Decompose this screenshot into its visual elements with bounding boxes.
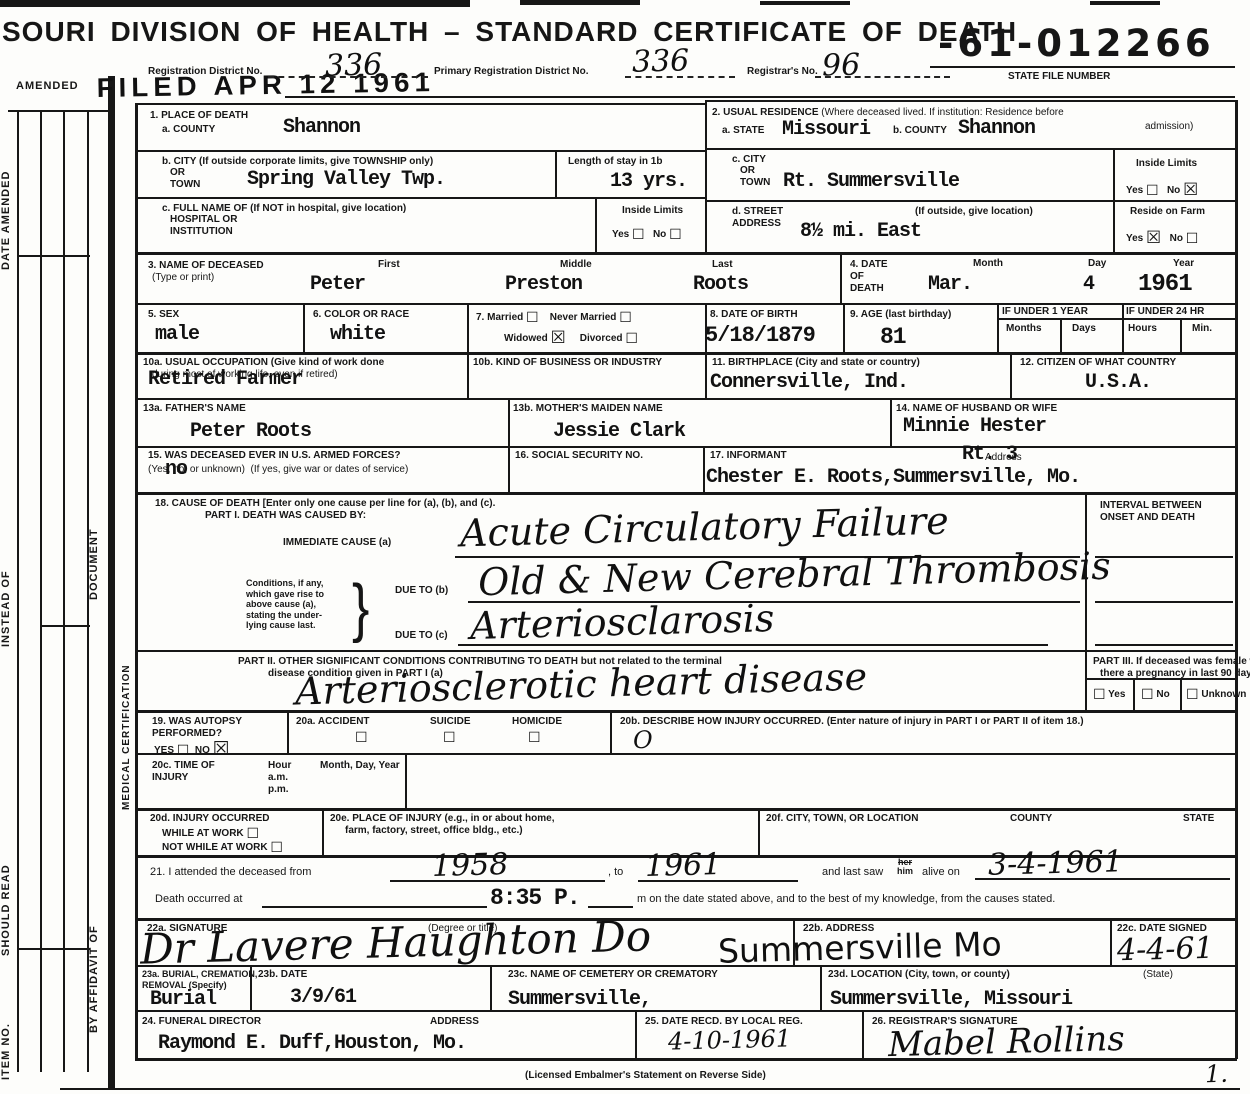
date-signed-value: 4-4-61 — [1117, 931, 1215, 969]
usual-residence-title: 2. USUAL RESIDENCE — [712, 107, 819, 118]
color-race-label: 6. COLOR OR RACE — [313, 309, 409, 321]
not-while-at-work: NOT WHILE AT WORK ☐ — [162, 840, 283, 857]
attended-label: 21. I attended the deceased from — [150, 866, 311, 879]
death-day-value: 4 — [1083, 273, 1094, 296]
checkbox-not-while-at-work: ☐ — [270, 840, 283, 856]
checkbox-farm-yes-box: ☒ — [1146, 228, 1161, 248]
interval-rule — [1095, 556, 1233, 558]
never-married-label: Never Married — [550, 312, 617, 323]
cause-of-death-label: 18. CAUSE OF DEATH [Enter only one cause… — [155, 498, 495, 510]
grid — [840, 252, 842, 304]
place-county-value: Shannon — [283, 116, 360, 139]
last-saw-label: and last saw — [822, 866, 883, 879]
grid — [705, 200, 1237, 202]
cause-b-value: Old & New Cerebral Thrombosis — [478, 544, 1112, 605]
day-label: Day — [1088, 258, 1106, 270]
page-mark: 1. — [1205, 1060, 1229, 1089]
margin-should-read: SHOULD READ — [0, 838, 12, 956]
grid — [467, 303, 469, 353]
state-file-number: -61-012266 — [938, 22, 1215, 65]
grid — [135, 753, 1237, 755]
spouse-value: Minnie Hester — [903, 415, 1046, 438]
date-received-value: 4-10-1961 — [668, 1024, 792, 1055]
usual-residence-note2: admission) — [1145, 121, 1193, 133]
fill-rule — [262, 906, 487, 908]
grid — [135, 398, 1237, 400]
grid — [508, 446, 510, 493]
first-name-value: Peter — [310, 273, 365, 296]
residence-county-label: b. COUNTY — [893, 125, 947, 137]
grid — [135, 150, 705, 152]
if-under-1-year-label: IF UNDER 1 YEAR — [1002, 306, 1088, 318]
month-label: Month — [973, 258, 1003, 270]
checkbox-p3-no-box: ☐ — [1141, 687, 1154, 703]
middle-name-value: Preston — [505, 273, 582, 296]
registration-rule — [285, 96, 1235, 98]
death-month-value: Mar. — [928, 273, 972, 296]
sex-label: 5. SEX — [148, 309, 179, 321]
grid — [135, 446, 1237, 448]
grid — [610, 710, 612, 754]
funeral-director-address-label: ADDRESS — [430, 1016, 479, 1028]
registrar-no-value: 96 — [822, 48, 861, 84]
her-him: her him — [897, 858, 913, 876]
grid — [1113, 148, 1115, 253]
attended-to-label: , to — [608, 866, 623, 879]
grid — [322, 808, 324, 856]
armed-forces-label2: (Yes, no, or unknown) (If yes, give war … — [148, 464, 408, 476]
hour-ampm-label: Hour a.m. p.m. — [268, 760, 291, 795]
grid — [1110, 918, 1112, 966]
death-certificate-scan: SOURI DIVISION OF HEALTH – STANDARD CERT… — [0, 0, 1250, 1094]
grid — [303, 303, 305, 353]
county-label: a. COUNTY — [162, 124, 215, 136]
or-town-label: OR TOWN — [170, 167, 200, 191]
informant-value: Chester E. Roots,Summersville, Mo. — [706, 466, 1080, 489]
fill-line — [625, 76, 735, 78]
checkbox-pregnancy-unknown: ☐ Unknown — [1186, 687, 1246, 704]
attended-from-value: 1958 — [432, 847, 509, 884]
fill-rule — [975, 878, 1230, 880]
length-of-stay-value: 13 yrs. — [610, 170, 687, 193]
checkbox-suicide: ☐ — [443, 730, 456, 747]
death-occurred-label2: m on the date stated above, and to the b… — [637, 893, 1055, 906]
registrar-no-label: Registrar's No. — [747, 66, 818, 78]
document-title: SOURI DIVISION OF HEALTH – STANDARD CERT… — [2, 16, 1017, 48]
grid — [135, 808, 1237, 811]
ssn-label: 16. SOCIAL SECURITY NO. — [515, 450, 643, 462]
grid — [555, 150, 557, 198]
business-industry-label: 10b. KIND OF BUSINESS OR INDUSTRY — [473, 357, 662, 369]
grid — [135, 650, 1237, 652]
conditions-note: Conditions, if any, which gave rise to a… — [246, 578, 324, 631]
immediate-cause-label: IMMEDIATE CAUSE (a) — [283, 537, 391, 549]
p3-no-label: No — [1156, 689, 1169, 700]
autopsy-yes-label: YES — [154, 745, 174, 756]
date-of-death-heading: 4. DATE OF DEATH — [850, 259, 888, 294]
state-file-number-label: STATE FILE NUMBER — [1008, 71, 1110, 83]
checkbox-1c-no-box: ☐ — [669, 227, 682, 243]
grid — [862, 1010, 864, 1059]
checkbox-suicide-box: ☐ — [443, 730, 456, 746]
checkbox-pregnancy-yes: ☐ Yes — [1093, 687, 1125, 704]
color-race-value: white — [330, 323, 385, 346]
sex-value: male — [155, 323, 199, 346]
margin-line — [17, 948, 90, 950]
alive-on-label: alive on — [922, 866, 960, 879]
informant-route-value: Rt. 3 — [962, 443, 1017, 466]
last-name-value: Roots — [693, 273, 748, 296]
yes-label: Yes — [1126, 185, 1143, 196]
grid — [705, 352, 707, 399]
grid — [1010, 352, 1012, 399]
grid — [135, 103, 138, 1059]
margin-date-amended: DATE AMENDED — [0, 140, 12, 270]
grid — [703, 446, 705, 493]
yes-label: Yes — [612, 229, 629, 240]
street-address-value: 8½ mi. East — [800, 220, 921, 243]
interval-rule — [1095, 644, 1233, 646]
scan-artifact — [520, 0, 640, 5]
age-value: 81 — [880, 324, 906, 350]
grid — [135, 252, 1237, 255]
grid — [820, 965, 822, 1011]
residence-or-town: OR TOWN — [740, 165, 770, 189]
conditions-brace: } — [352, 571, 369, 646]
type-or-print: (Type or print) — [152, 272, 214, 284]
registration-district-value: 336 — [325, 47, 383, 83]
checkbox-homicide: ☐ — [528, 730, 541, 747]
suicide-label: SUICIDE — [430, 716, 471, 728]
funeral-director-value: Raymond E. Duff,Houston, Mo. — [158, 1032, 466, 1055]
grid — [60, 1088, 1240, 1090]
divorced-label: Divorced — [580, 333, 623, 344]
checkbox-farm-no-box: ☐ — [1186, 231, 1199, 247]
checkbox-never-married: ☐ — [619, 310, 632, 326]
armed-forces-value: no — [165, 458, 187, 481]
place-of-injury-label2: farm, factory, street, office bldg., etc… — [345, 825, 523, 837]
middle-label: Middle — [560, 259, 592, 271]
injury-state-label: STATE — [1183, 813, 1214, 825]
birthplace-label: 11. BIRTHPLACE (City and state or countr… — [712, 357, 920, 369]
hours-label: Hours — [1128, 323, 1157, 335]
grid — [135, 197, 705, 199]
grid — [997, 318, 1237, 320]
part3-label2: there a pregnancy in last 90 days. — [1100, 668, 1250, 680]
checkbox-p3-yes-box: ☐ — [1093, 687, 1106, 703]
checkbox-homicide-box: ☐ — [528, 730, 541, 746]
cause-c-value: Arteriosclarosis — [469, 596, 774, 648]
burial-location-state-label: (State) — [1143, 969, 1173, 981]
interval-label: INTERVAL BETWEEN ONSET AND DEATH — [1100, 500, 1202, 524]
grid — [287, 710, 289, 754]
burial-date-label: 23b. DATE — [258, 969, 307, 981]
autopsy-answer: YES ☐ NO ☒ — [154, 738, 230, 760]
informant-label: 17. INFORMANT — [710, 450, 787, 462]
fathers-name-value: Peter Roots — [190, 420, 311, 443]
checkbox-2c: Yes ☐ No ☒ — [1126, 180, 1198, 200]
death-occurred-label: Death occurred at — [155, 893, 242, 906]
file-number-rule — [930, 66, 1235, 68]
burial-location-value: Summersville, Missouri — [830, 988, 1072, 1011]
grid — [1060, 318, 1062, 353]
grid — [758, 808, 760, 856]
place-city-value: Spring Valley Twp. — [247, 168, 445, 191]
inside-limits-label-2c: Inside Limits — [1136, 158, 1197, 170]
attended-to-value: 1961 — [645, 847, 722, 884]
inside-limits-label-1c: Inside Limits — [622, 205, 683, 217]
not-while-at-work-label: NOT WHILE AT WORK — [162, 842, 268, 853]
armed-forces-hint2: (If yes, give war or dates of service) — [250, 464, 408, 475]
funeral-director-label: 24. FUNERAL DIRECTOR — [142, 1016, 261, 1028]
widowed-label: Widowed — [504, 333, 548, 344]
reside-on-farm-label: Reside on Farm — [1130, 206, 1205, 218]
death-time-value: 8:35 P. — [490, 885, 580, 911]
mothers-maiden-value: Jessie Clark — [553, 420, 685, 443]
describe-injury-label: 20b. DESCRIBE HOW INJURY OCCURRED. (Ente… — [620, 716, 1084, 728]
scan-artifact — [1090, 1, 1160, 5]
street-address-hint: (If outside, give location) — [915, 206, 1033, 218]
grid — [135, 492, 1237, 495]
grid — [405, 753, 407, 809]
grid — [997, 303, 999, 353]
primary-district-value: 336 — [632, 43, 690, 79]
checkbox-2c-yes-box: ☐ — [1146, 183, 1159, 199]
grid — [843, 303, 845, 353]
physician-address: Summersville Mo — [718, 924, 1003, 970]
checkbox-accident-box: ☐ — [355, 730, 368, 746]
birthplace-value: Connersville, Ind. — [710, 371, 908, 394]
grid — [135, 103, 705, 105]
citizen-label: 12. CITIZEN OF WHAT COUNTRY — [1020, 357, 1176, 369]
p3-yes-label: Yes — [1108, 689, 1125, 700]
grid — [490, 965, 492, 1011]
last-label: Last — [712, 259, 733, 271]
checkbox-widowed: ☒ — [551, 328, 566, 348]
month-day-year-label: Month, Day, Year — [320, 760, 400, 772]
grid — [1133, 678, 1135, 711]
grid — [1085, 492, 1087, 711]
hospital-label2: HOSPITAL OR INSTITUTION — [170, 214, 237, 238]
margin-line — [17, 255, 90, 257]
checkbox-1c-yes: Yes ☐ No ☐ — [612, 227, 682, 244]
due-to-c-label: DUE TO (c) — [395, 630, 448, 642]
burial-date-value: 3/9/61 — [290, 986, 356, 1009]
cemetery-value: Summersville, — [508, 988, 651, 1011]
scan-artifact — [760, 1, 850, 5]
grid — [467, 352, 469, 399]
cause-c-rule — [458, 644, 1048, 646]
cemetery-label: 23c. NAME OF CEMETERY OR CREMATORY — [508, 969, 718, 981]
fill-line — [268, 76, 428, 78]
accident-label: 20a. ACCIDENT — [296, 716, 370, 728]
grid — [135, 352, 1237, 355]
margin-instead-of: INSTEAD OF — [0, 542, 12, 647]
part1-label: PART I. DEATH WAS CAUSED BY: — [205, 510, 366, 522]
burial-location-label: 23d. LOCATION (City, town, or county) — [828, 969, 1010, 981]
checkbox-1c-yes-box: ☐ — [632, 227, 645, 243]
if-under-24-hr-label: IF UNDER 24 HR — [1126, 306, 1204, 318]
checkbox-p3-unknown-box: ☐ — [1186, 687, 1199, 703]
injury-city-label: 20f. CITY, TOWN, OR LOCATION — [766, 813, 918, 825]
grid — [890, 398, 892, 447]
year-label: Year — [1173, 258, 1194, 270]
death-year-value: 1961 — [1138, 271, 1192, 298]
armed-forces-hint1: (Yes, no, or unknown) — [148, 464, 245, 475]
grid — [635, 1010, 637, 1059]
grid — [1180, 678, 1182, 711]
burial-value: Burial — [150, 988, 216, 1011]
grid — [1122, 303, 1124, 353]
time-of-injury-label: 20c. TIME OF INJURY — [152, 760, 215, 784]
registrar-signature: Mabel Rollins — [888, 1019, 1126, 1065]
injury-county-label: COUNTY — [1010, 813, 1052, 825]
homicide-label: HOMICIDE — [512, 716, 562, 728]
spouse-label: 14. NAME OF HUSBAND OR WIFE — [896, 403, 1057, 415]
checkbox-autopsy-yes: ☐ — [177, 743, 190, 759]
marital-row1: 7. Married ☐ Never Married ☐ — [476, 310, 632, 327]
occupation-value: Retired Farmer — [148, 368, 302, 391]
primary-district-label: Primary Registration District No. — [434, 66, 588, 78]
street-address-label: d. STREET ADDRESS — [732, 206, 783, 230]
checkbox-farm: Yes ☒ No ☐ — [1126, 228, 1198, 248]
checkbox-2c-no-box: ☒ — [1183, 180, 1198, 200]
p3-unknown-label: Unknown — [1201, 689, 1246, 700]
grid — [1180, 318, 1182, 353]
margin-line — [8, 110, 108, 112]
fill-line — [815, 76, 950, 78]
grid — [135, 303, 1237, 305]
last-seen-value: 3-4-1961 — [988, 844, 1124, 883]
date-of-birth-label: 8. DATE OF BIRTH — [710, 309, 798, 321]
checkbox-pregnancy-no: ☐ No — [1141, 687, 1170, 704]
interval-rule — [1095, 601, 1233, 603]
married-label: 7. Married — [476, 312, 523, 323]
margin-by-affidavit: BY AFFIDAVIT OF — [88, 918, 100, 1033]
residence-state-label: a. STATE — [722, 125, 764, 137]
checkbox-divorced: ☐ — [625, 331, 638, 347]
fill-rule — [588, 906, 633, 908]
embalmer-note: (Licensed Embalmer's Statement on Revers… — [525, 1070, 766, 1082]
days-label: Days — [1072, 323, 1096, 335]
checkbox-married: ☐ — [526, 310, 539, 326]
cause-a-value: Acute Circulatory Failure — [460, 499, 950, 556]
grid — [1235, 100, 1238, 1059]
mothers-maiden-label: 13b. MOTHER'S MAIDEN NAME — [513, 403, 663, 415]
no-label: No — [653, 229, 666, 240]
no-label: No — [1170, 233, 1183, 244]
margin-document: DOCUMENT — [88, 522, 100, 600]
fill-rule — [390, 880, 605, 882]
checkbox-autopsy-no: ☒ — [213, 738, 230, 760]
grid — [705, 100, 707, 253]
city-label: b. CITY (If outside corporate limits, gi… — [162, 156, 433, 168]
name-of-deceased-heading: 3. NAME OF DECEASED — [148, 260, 264, 272]
left-heavy-rule — [108, 76, 115, 1088]
registration-district-label: Registration District No. — [148, 66, 262, 78]
fathers-name-label: 13a. FATHER'S NAME — [143, 403, 246, 415]
residence-city-value: Rt. Summersville — [783, 170, 959, 193]
grid — [705, 100, 1237, 102]
length-of-stay-label: Length of stay in 1b — [568, 156, 662, 168]
while-at-work-label: WHILE AT WORK — [162, 828, 244, 839]
age-label: 9. AGE (last birthday) — [850, 309, 951, 321]
residence-county-value: Shannon — [958, 117, 1035, 140]
autopsy-label: 19. WAS AUTOPSY PERFORMED? — [152, 716, 242, 740]
no-label: No — [1167, 185, 1180, 196]
injury-occurred-label: 20d. INJURY OCCURRED — [150, 813, 269, 825]
place-of-injury-label: 20e. PLACE OF INJURY (e.g., in or about … — [330, 813, 554, 825]
marital-row2: Widowed ☒ Divorced ☐ — [504, 328, 638, 348]
autopsy-no-label: NO — [195, 745, 210, 756]
margin-medical-certification: MEDICAL CERTIFICATION — [121, 645, 132, 810]
part3-label: PART III. If deceased was female was — [1093, 656, 1250, 668]
describe-injury-value: O — [633, 726, 653, 755]
yes-label: Yes — [1126, 233, 1143, 244]
margin-line — [40, 625, 90, 627]
margin-item-no: ITEM NO. — [0, 990, 12, 1080]
first-label: First — [378, 259, 400, 271]
grid — [595, 197, 597, 253]
residence-state-value: Missouri — [782, 118, 870, 141]
months-label: Months — [1006, 323, 1042, 335]
him-label: him — [897, 867, 913, 876]
due-to-b-label: DUE TO (b) — [395, 585, 448, 597]
place-of-death-heading: 1. PLACE OF DEATH — [150, 110, 248, 122]
citizen-value: U.S.A. — [1085, 371, 1151, 394]
grid — [508, 398, 510, 447]
min-label: Min. — [1192, 323, 1212, 335]
grid — [705, 148, 1237, 150]
checkbox-accident: ☐ — [355, 730, 368, 747]
scan-artifact — [0, 0, 470, 7]
date-of-birth-value: 5/18/1879 — [705, 323, 815, 348]
amended-label: AMENDED — [16, 80, 79, 93]
fill-rule — [638, 880, 798, 882]
